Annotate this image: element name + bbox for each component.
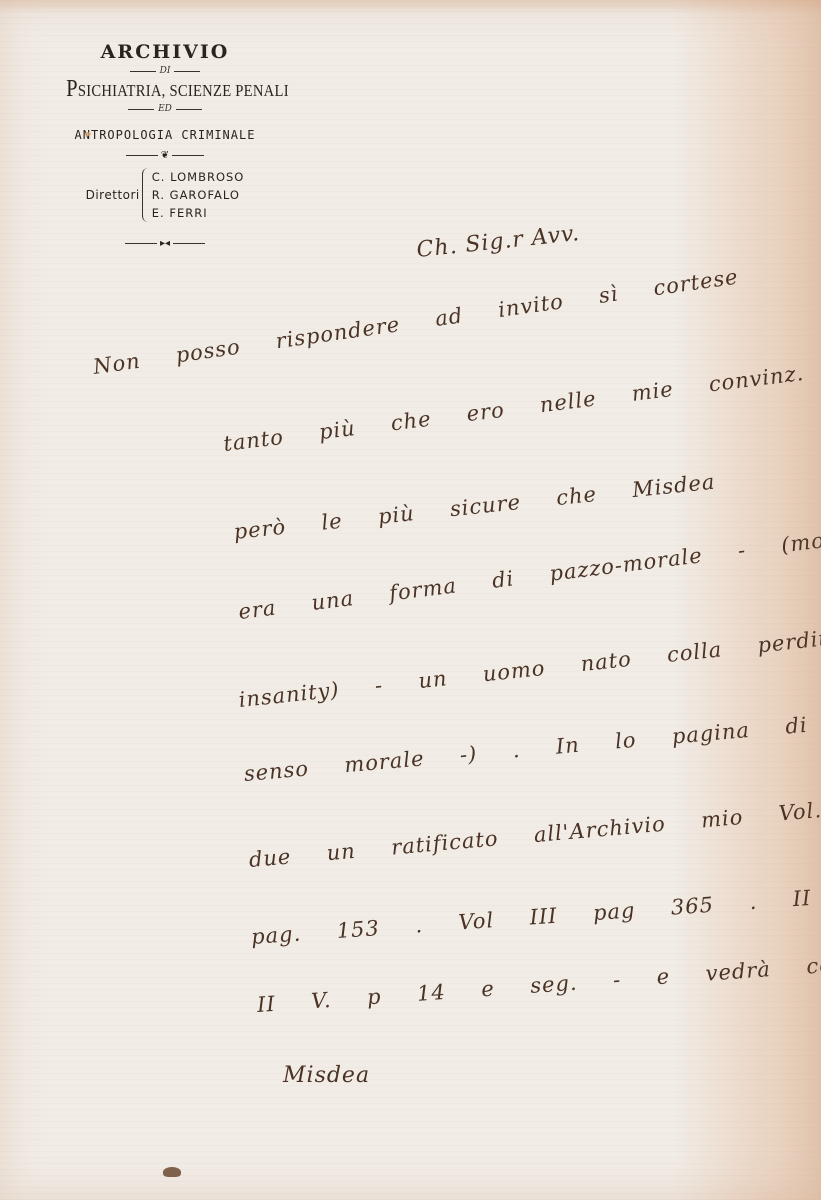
letter-line: Non posso rispondere ad invito sì cortes…: [92, 265, 740, 379]
signature: Misdea: [283, 1063, 370, 1088]
ornament-icon: ▸◂: [160, 238, 170, 249]
letterhead-title: ARCHIVIO: [50, 40, 280, 64]
letterhead-main-title: PSICHIATRIA, SCIENZE PENALI: [66, 78, 264, 102]
brace-icon: [142, 168, 149, 222]
divider: [173, 243, 205, 244]
ornament-divider: ❦: [50, 148, 280, 162]
directors-list: C. LOMBROSO R. GAROFALO E. FERRI: [152, 168, 245, 222]
connector-di: DI: [160, 66, 171, 76]
letter-line: insanity) - un uomo nato colla perdita d…: [237, 617, 821, 712]
divider: [125, 243, 157, 244]
divider: [130, 71, 156, 72]
letterhead-separator: ED: [50, 102, 280, 116]
letter-line: II V. p 14 e seg. - e vedrà come s'attag…: [256, 937, 821, 1017]
ink-blot: [163, 1167, 181, 1177]
letterhead-separator: DI: [50, 64, 280, 78]
directors-block: Direttori C. LOMBROSO R. GAROFALO E. FER…: [50, 168, 280, 222]
salutation: Ch. Sig.r Avv.: [415, 221, 581, 263]
divider: [172, 155, 204, 156]
divider: [128, 109, 154, 110]
divider: [126, 155, 158, 156]
letter-line: tanto più che ero nelle mie convinz.: [222, 361, 805, 456]
connector-ed: ED: [158, 104, 172, 114]
main-rest: SICHIATRIA, SCIENZE PENALI: [78, 81, 289, 100]
divider: [174, 71, 200, 72]
letter-line: pag. 153 . Vol III pag 365 . II . p 198 …: [250, 866, 821, 949]
main-initial: P: [66, 76, 78, 102]
ornament-divider: ▸◂: [50, 236, 280, 250]
letter-line: era una forma di pazzo-morale - (moral: [237, 524, 821, 624]
divider: [176, 109, 202, 110]
letter-line: però le più sicure che Misdea: [232, 470, 716, 544]
letter-line: senso morale -) . In lo pagina di: [243, 713, 809, 786]
directors-label: Direttori: [86, 188, 140, 202]
ornament-icon: ❦: [161, 150, 169, 161]
letter-page: ARCHIVIO DI PSICHIATRIA, SCIENZE PENALI …: [0, 0, 821, 1200]
director-name: R. GAROFALO: [152, 186, 245, 204]
director-name: E. FERRI: [152, 204, 245, 222]
paper-stain: [85, 132, 91, 136]
director-name: C. LOMBROSO: [152, 168, 245, 186]
letterhead: ARCHIVIO DI PSICHIATRIA, SCIENZE PENALI …: [50, 40, 280, 250]
letter-line: due un ratificato all'Archivio mio Vol. …: [248, 793, 821, 872]
